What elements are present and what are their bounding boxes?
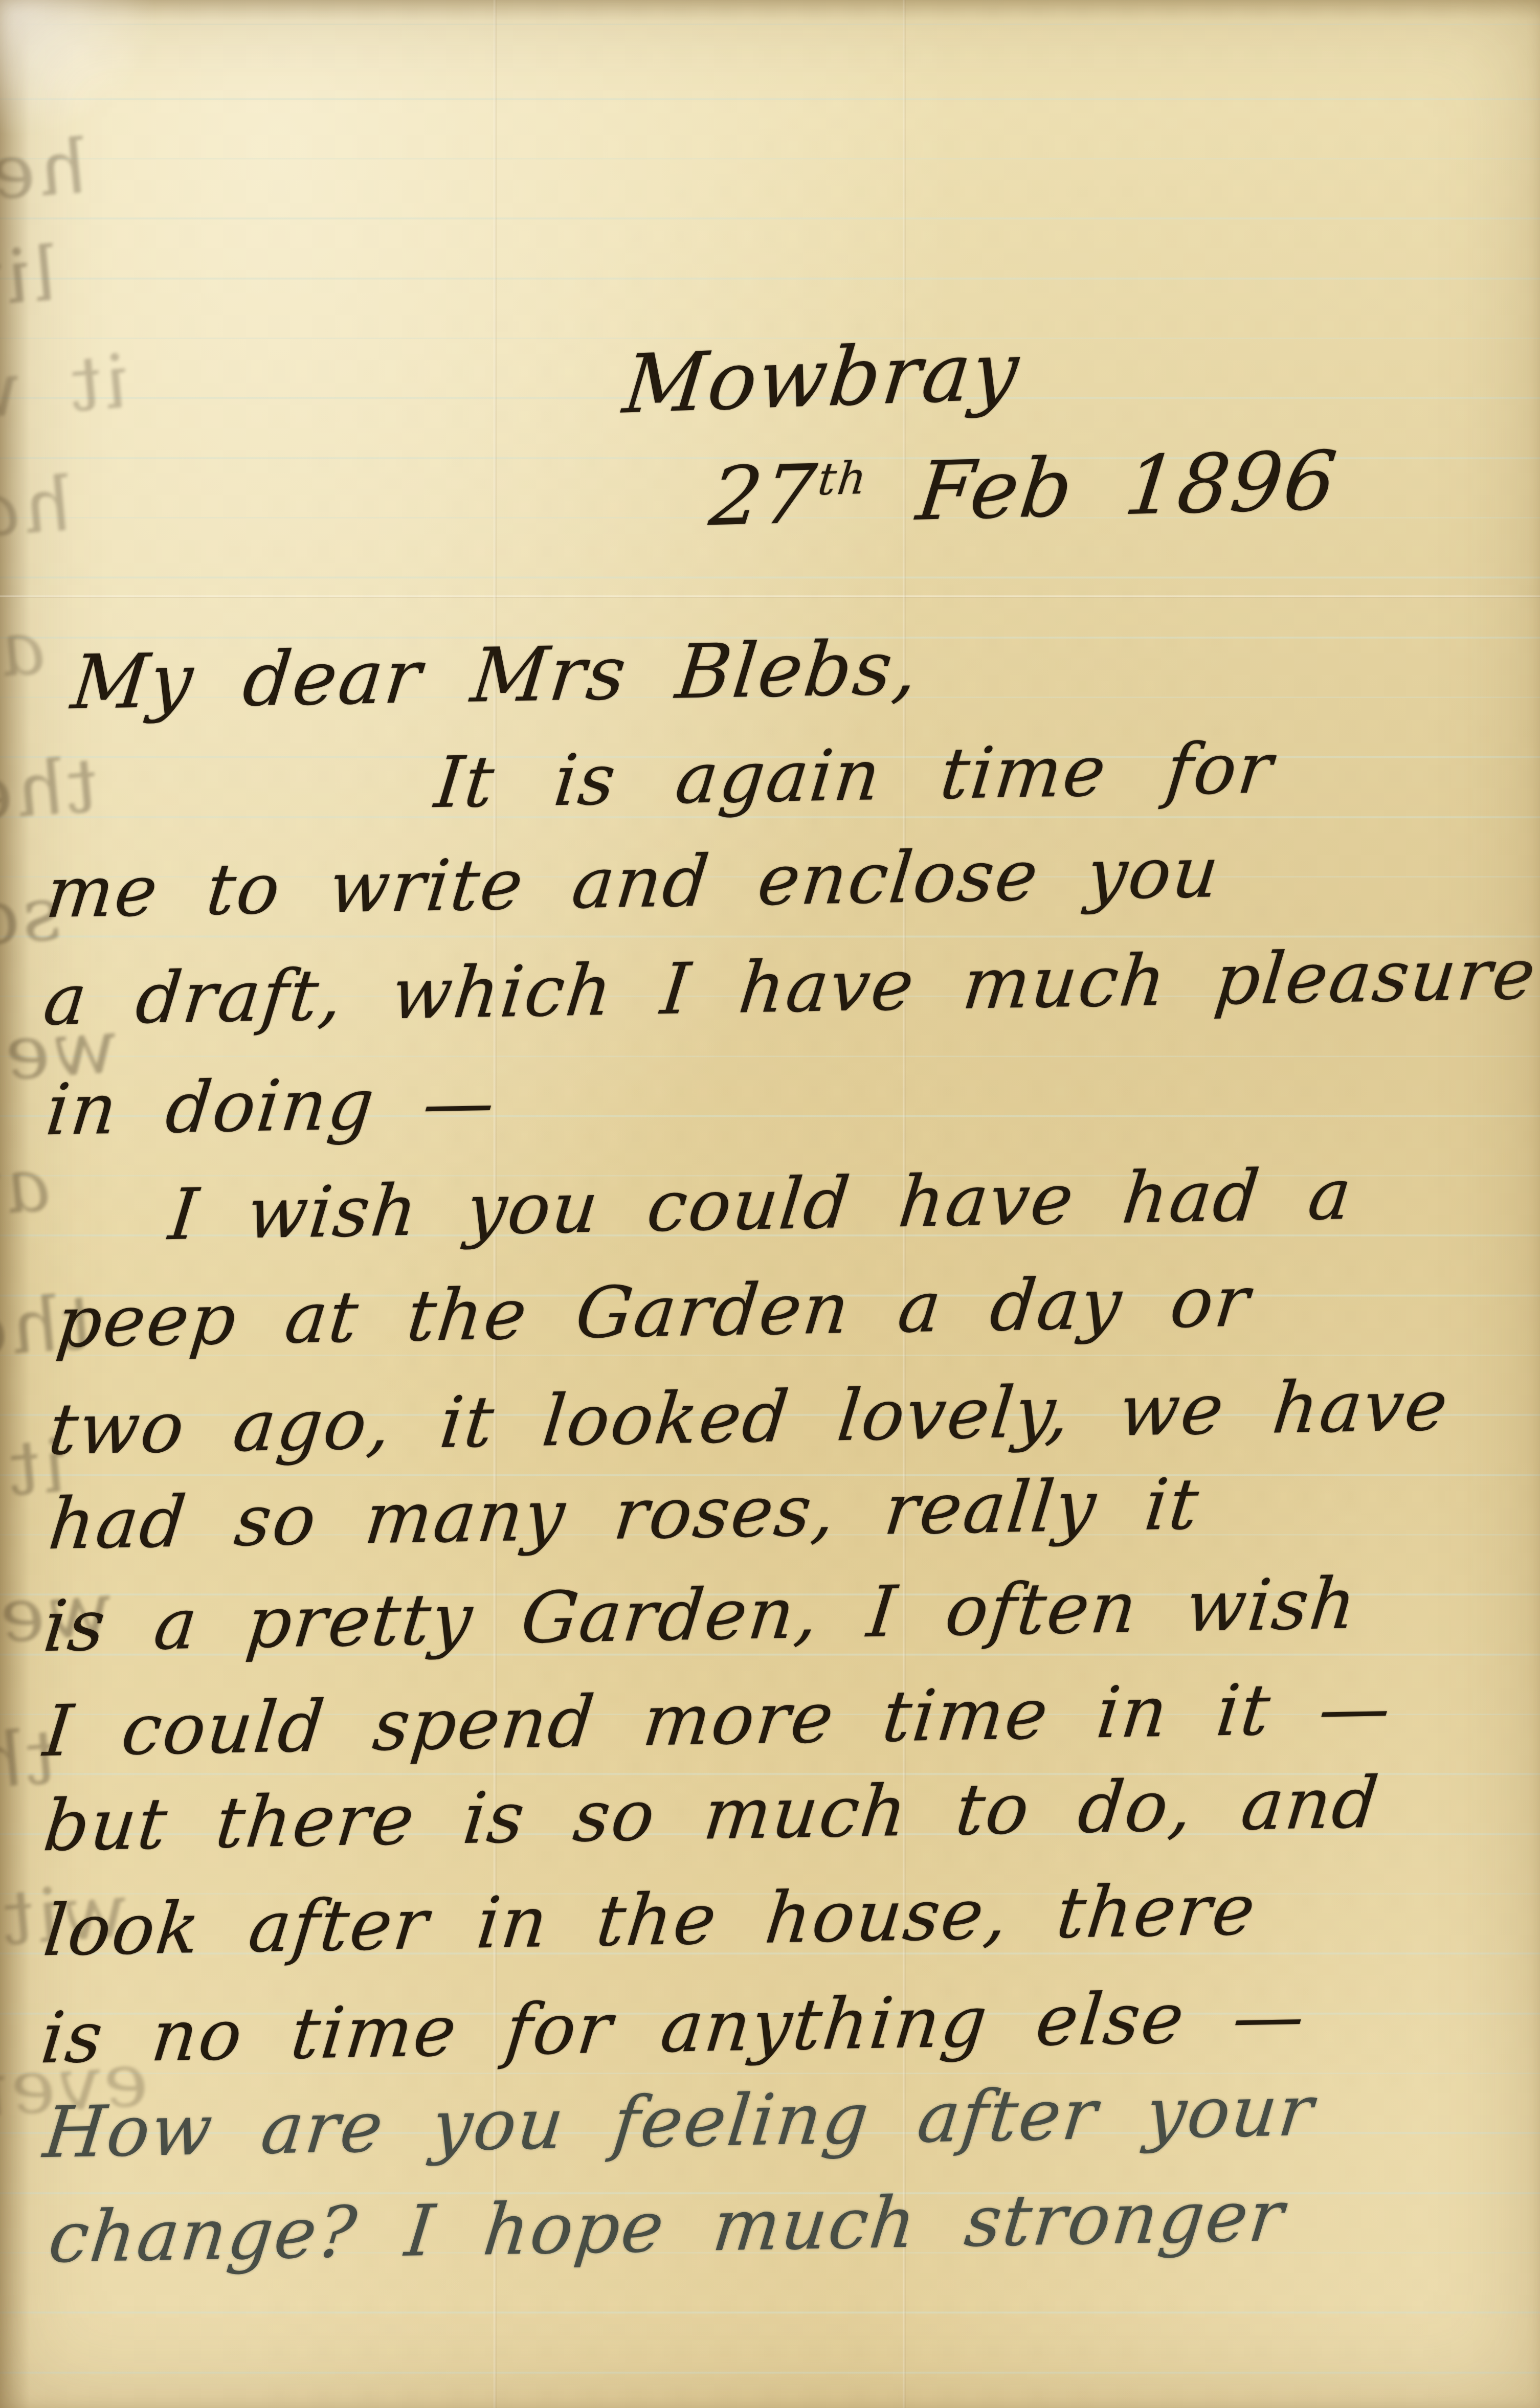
letter-line: in doing — bbox=[42, 1061, 500, 1152]
paper-damage-corner bbox=[0, 0, 153, 133]
letter-date: 27th Feb 1896 bbox=[705, 434, 1343, 545]
letter-place: Mowbray bbox=[619, 324, 1024, 432]
letter-page: her a little daughter, a delicate little… bbox=[0, 0, 1540, 2408]
letter-line: It is again time for bbox=[431, 727, 1278, 824]
letter-date-rest: Feb 1896 bbox=[861, 434, 1343, 541]
letter-date-suffix: th bbox=[815, 452, 871, 505]
paper-edge-shadow-top bbox=[0, 0, 1540, 20]
salutation: My dear Mrs Blebs, bbox=[68, 624, 923, 726]
letter-date-day: 27 bbox=[705, 447, 822, 545]
